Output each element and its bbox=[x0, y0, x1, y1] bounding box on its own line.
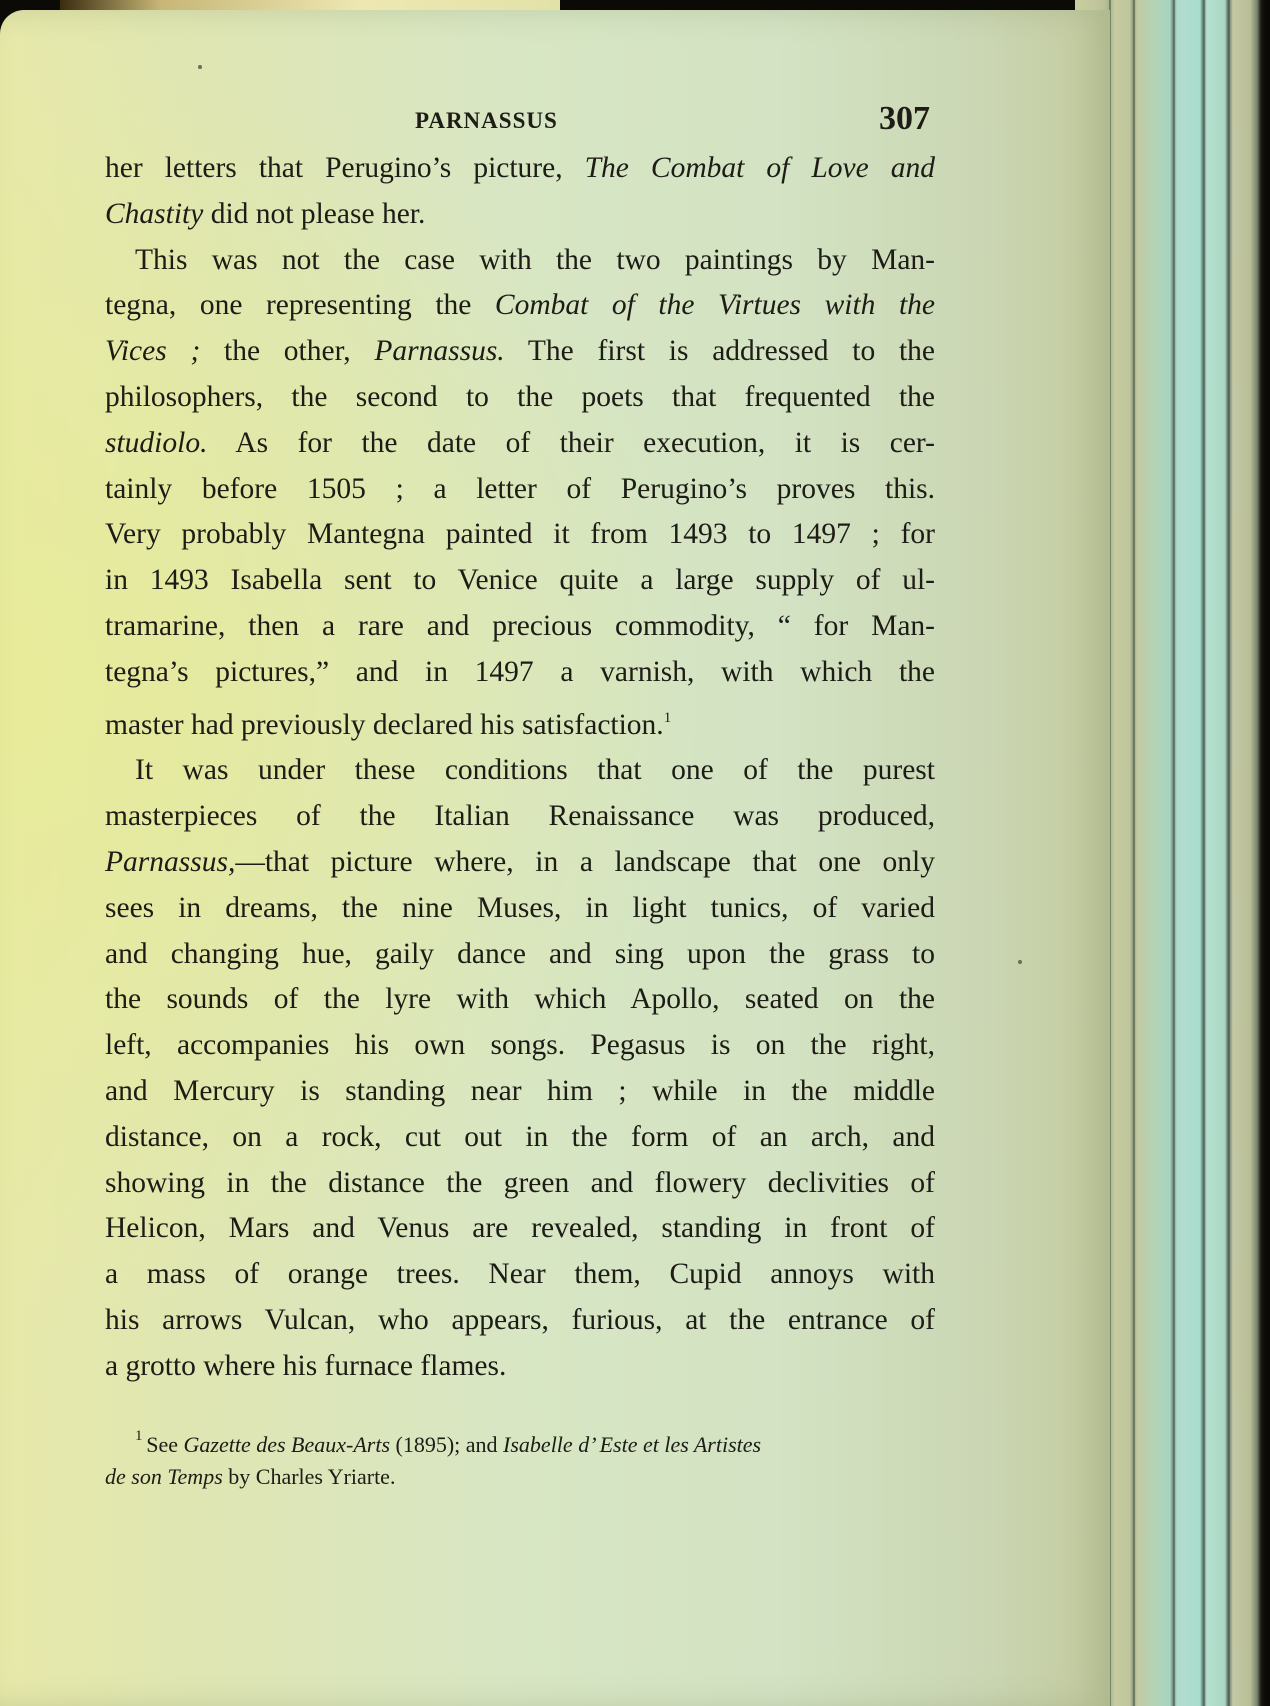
text-line: his arrows Vulcan, who appears, furious,… bbox=[105, 1298, 935, 1344]
text-run: This was not the case with the two paint… bbox=[135, 244, 935, 276]
text-run: in 1493 Isabella sent to Venice quite a … bbox=[105, 564, 935, 596]
text-line: and changing hue, gaily dance and sing u… bbox=[105, 932, 935, 978]
text-run: distance, on a rock, cut out in the form… bbox=[105, 1121, 935, 1153]
running-head: PARNASSUS 307 bbox=[97, 98, 935, 146]
text-run: the other, bbox=[200, 335, 374, 367]
text-line: a mass of orange trees. Near them, Cupid… bbox=[105, 1252, 935, 1298]
text-run: a grotto where his furnace flames. bbox=[105, 1350, 506, 1382]
text-line: her letters that Perugino’s picture, The… bbox=[105, 146, 935, 192]
italic-title: Combat of the Virtues with the bbox=[495, 289, 935, 321]
text-run: a mass of orange trees. Near them, Cupid… bbox=[105, 1258, 935, 1290]
text-line: This was not the case with the two paint… bbox=[105, 238, 935, 284]
footnote-line: 1 See Gazette des Beaux-Arts (1895); and… bbox=[105, 1420, 935, 1461]
text-run: showing in the distance the green and fl… bbox=[105, 1167, 935, 1199]
running-head-title: PARNASSUS bbox=[415, 108, 558, 134]
paper-speck bbox=[198, 65, 202, 69]
text-line: Vices ; the other, Parnassus. The first … bbox=[105, 329, 935, 375]
text-run: See bbox=[146, 1432, 183, 1457]
text-run: and Mercury is standing near him ; while… bbox=[105, 1075, 935, 1107]
text-line: tainly before 1505 ; a letter of Perugin… bbox=[105, 467, 935, 513]
footnote-marker: 1 bbox=[135, 1428, 146, 1444]
book-page: PARNASSUS 307 her letters that Perugino’… bbox=[0, 10, 1110, 1706]
text-line: philosophers, the second to the poets th… bbox=[105, 375, 935, 421]
body-paragraphs: her letters that Perugino’s picture, The… bbox=[105, 146, 935, 1390]
text-run: —that picture where, in a landscape that… bbox=[235, 846, 935, 878]
footnote-ref: 1 bbox=[664, 710, 672, 726]
text-run: tramarine, then a rare and precious comm… bbox=[105, 610, 935, 642]
text-line: and Mercury is standing near him ; while… bbox=[105, 1069, 935, 1115]
text-line: distance, on a rock, cut out in the form… bbox=[105, 1115, 935, 1161]
paragraph-p2: This was not the case with the two paint… bbox=[105, 238, 935, 749]
paragraph-p1: her letters that Perugino’s picture, The… bbox=[105, 146, 935, 238]
text-run: her letters that Perugino’s picture, bbox=[105, 152, 585, 184]
italic-title: The Combat of Love and bbox=[585, 152, 935, 184]
text-run: As for the date of their execution, it i… bbox=[207, 427, 935, 459]
text-run: tegna, one representing the bbox=[105, 289, 495, 321]
italic-title: Parnassus, bbox=[105, 846, 235, 878]
text-line: the sounds of the lyre with which Apollo… bbox=[105, 977, 935, 1023]
text-run: master had previously declared his satis… bbox=[105, 709, 664, 741]
footnote-line: de son Temps by Charles Yriarte. bbox=[105, 1461, 935, 1493]
italic-title: Gazette des Beaux-Arts bbox=[184, 1432, 391, 1457]
text-line: Helicon, Mars and Venus are revealed, st… bbox=[105, 1206, 935, 1252]
text-line: a grotto where his furnace flames. bbox=[105, 1344, 935, 1390]
page-text-block: PARNASSUS 307 her letters that Perugino’… bbox=[105, 98, 935, 1493]
text-run: philosophers, the second to the poets th… bbox=[105, 381, 935, 413]
italic-title: Isabelle d’ Este et les Artistes bbox=[503, 1432, 761, 1457]
text-run: Very probably Mantegna painted it from 1… bbox=[105, 518, 935, 550]
text-run: sees in dreams, the nine Muses, in light… bbox=[105, 892, 935, 924]
text-run: tainly before 1505 ; a letter of Perugin… bbox=[105, 473, 935, 505]
page-number: 307 bbox=[879, 100, 930, 138]
text-run: It was under these conditions that one o… bbox=[135, 754, 935, 786]
text-run: tegna’s pictures,” and in 1497 a varnish… bbox=[105, 656, 935, 688]
paper-speck bbox=[1018, 960, 1022, 964]
text-run: and changing hue, gaily dance and sing u… bbox=[105, 938, 935, 970]
italic-title: Chastity bbox=[105, 198, 203, 230]
text-run: his arrows Vulcan, who appears, furious,… bbox=[105, 1304, 935, 1336]
text-run: by Charles Yriarte. bbox=[223, 1464, 396, 1489]
text-line: masterpieces of the Italian Renaissance … bbox=[105, 794, 935, 840]
paragraph-p3: It was under these conditions that one o… bbox=[105, 748, 935, 1389]
text-line: Chastity did not please her. bbox=[105, 192, 935, 238]
text-run: left, accompanies his own songs. Pegasus… bbox=[105, 1029, 935, 1061]
text-line: showing in the distance the green and fl… bbox=[105, 1161, 935, 1207]
text-line: in 1493 Isabella sent to Venice quite a … bbox=[105, 558, 935, 604]
text-run: The first is addressed to the bbox=[505, 335, 935, 367]
text-run: masterpieces of the Italian Renaissance … bbox=[105, 800, 935, 832]
text-run: did not please her. bbox=[203, 198, 425, 230]
text-line: It was under these conditions that one o… bbox=[105, 748, 935, 794]
italic-title: Vices ; bbox=[105, 335, 200, 367]
text-line: tegna, one representing the Combat of th… bbox=[105, 283, 935, 329]
italic-title: de son Temps bbox=[105, 1464, 223, 1489]
text-line: sees in dreams, the nine Muses, in light… bbox=[105, 886, 935, 932]
text-run: Helicon, Mars and Venus are revealed, st… bbox=[105, 1212, 935, 1244]
text-line: Parnassus,—that picture where, in a land… bbox=[105, 840, 935, 886]
text-line: master had previously declared his satis… bbox=[105, 696, 935, 749]
text-line: tramarine, then a rare and precious comm… bbox=[105, 604, 935, 650]
text-line: left, accompanies his own songs. Pegasus… bbox=[105, 1023, 935, 1069]
text-line: Very probably Mantegna painted it from 1… bbox=[105, 512, 935, 558]
text-line: studiolo. As for the date of their execu… bbox=[105, 421, 935, 467]
text-run: (1895); and bbox=[390, 1432, 503, 1457]
text-run: the sounds of the lyre with which Apollo… bbox=[105, 983, 935, 1015]
text-line: tegna’s pictures,” and in 1497 a varnish… bbox=[105, 650, 935, 696]
footnote: 1 See Gazette des Beaux-Arts (1895); and… bbox=[105, 1420, 935, 1493]
book-photo: PARNASSUS 307 her letters that Perugino’… bbox=[0, 0, 1270, 1706]
italic-title: Parnassus. bbox=[374, 335, 504, 367]
italic-title: studiolo. bbox=[105, 427, 207, 459]
